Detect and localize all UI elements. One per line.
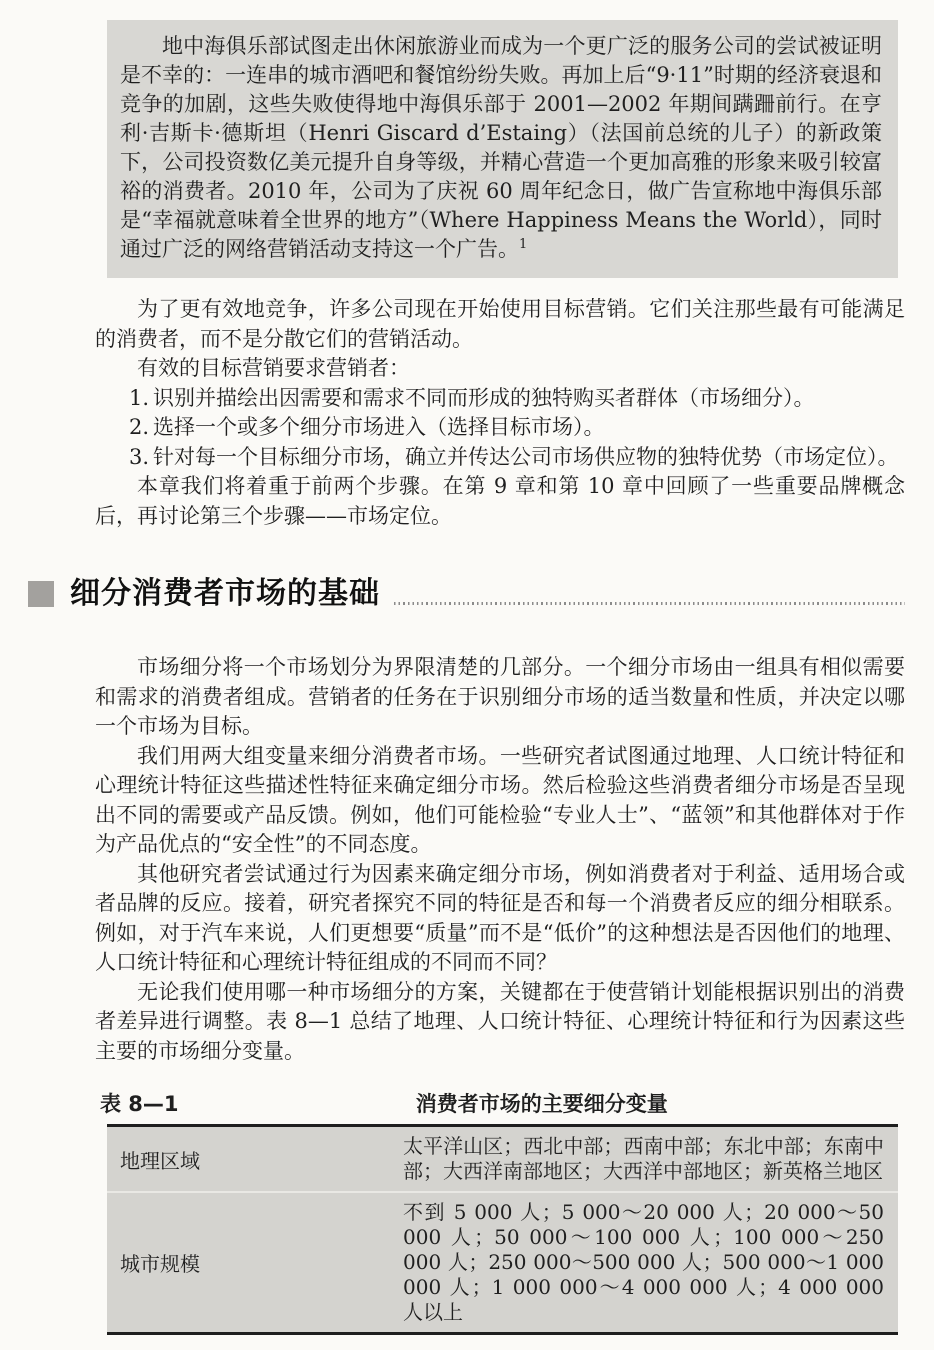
table-cell-variable: 城市规模 (107, 1248, 403, 1277)
section-paragraph-1: 市场细分将一个市场划分为界限清楚的几部分。一个细分市场由一组具有相似需要和需求的… (95, 653, 905, 742)
section-paragraph-3: 其他研究者尝试通过行为因素来确定细分市场，例如消费者对于利益、适用场合或者品牌的… (95, 860, 905, 978)
table-number-label: 表 8—1 (100, 1088, 179, 1118)
section-title: 细分消费者市场的基础 (70, 577, 380, 611)
table-cell-values: 太平洋山区；西北中部；西南中部；东北中部；东南中部；大西洋南部地区；大西洋中部地… (403, 1134, 898, 1184)
list-item-number: 2. (129, 413, 153, 443)
section-paragraph-2: 我们用两大组变量来细分消费者市场。一些研究者试图通过地理、人口统计特征和心理统计… (95, 742, 905, 860)
section-heading: 细分消费者市场的基础 (28, 577, 905, 611)
list-item: 2. 选择一个或多个细分市场进入（选择目标市场）。 (95, 413, 905, 443)
list-item: 3. 针对每一个目标细分市场，确立并传达公司市场供应物的独特优势（市场定位）。 (95, 443, 905, 473)
list-item-number: 3. (129, 443, 153, 473)
footnote-marker: 1 (519, 237, 527, 252)
table-body: 地理区域 太平洋山区；西北中部；西南中部；东北中部；东南中部；大西洋南部地区；大… (107, 1124, 898, 1335)
segmentation-table: 表 8—1 消费者市场的主要细分变量 地理区域 太平洋山区；西北中部；西南中部；… (95, 1088, 905, 1335)
list-item-text: 选择一个或多个细分市场进入（选择目标市场）。 (153, 413, 905, 443)
table-cell-values: 不到 5 000 人；5 000～20 000 人；20 000～50 000 … (403, 1200, 898, 1325)
intro-paragraph-2: 有效的目标营销要求营销者： (95, 354, 905, 384)
book-page: 地中海俱乐部试图走出休闲旅游业而成为一个更广泛的服务公司的尝试被证明是不幸的：一… (0, 0, 934, 1350)
table-cell-variable: 地理区域 (107, 1145, 403, 1174)
list-item: 1. 识别并描绘出因需要和需求不同而形成的独特购买者群体（市场细分）。 (95, 384, 905, 414)
table-row: 地理区域 太平洋山区；西北中部；西南中部；东北中部；东南中部；大西洋南部地区；大… (107, 1127, 898, 1191)
table-row: 城市规模 不到 5 000 人；5 000～20 000 人；20 000～50… (107, 1191, 898, 1332)
vignette-body: 地中海俱乐部试图走出休闲旅游业而成为一个更广泛的服务公司的尝试被证明是不幸的：一… (120, 34, 882, 261)
intro-paragraph-3: 本章我们将着重于前两个步骤。在第 9 章和第 10 章中回顾了一些重要品牌概念后… (95, 472, 905, 531)
section-paragraph-4: 无论我们使用哪一种市场细分的方案，关键都在于使营销计划能根据识别出的消费者差异进… (95, 978, 905, 1067)
vignette-text: 地中海俱乐部试图走出休闲旅游业而成为一个更广泛的服务公司的尝试被证明是不幸的：一… (120, 32, 882, 264)
list-item-number: 1. (129, 384, 153, 414)
heading-square-icon (28, 581, 54, 607)
page-content: 地中海俱乐部试图走出休闲旅游业而成为一个更广泛的服务公司的尝试被证明是不幸的：一… (95, 20, 905, 1335)
table-caption: 表 8—1 消费者市场的主要细分变量 (100, 1088, 905, 1118)
target-marketing-steps: 1. 识别并描绘出因需要和需求不同而形成的独特购买者群体（市场细分）。 2. 选… (95, 384, 905, 473)
intro-paragraph-1: 为了更有效地竞争，许多公司现在开始使用目标营销。它们关注那些最有可能满足的消费者… (95, 295, 905, 354)
table-title: 消费者市场的主要细分变量 (179, 1088, 905, 1118)
heading-dotted-rule (394, 602, 905, 605)
list-item-text: 识别并描绘出因需要和需求不同而形成的独特购买者群体（市场细分）。 (153, 384, 905, 414)
club-med-vignette-box: 地中海俱乐部试图走出休闲旅游业而成为一个更广泛的服务公司的尝试被证明是不幸的：一… (107, 20, 898, 278)
list-item-text: 针对每一个目标细分市场，确立并传达公司市场供应物的独特优势（市场定位）。 (153, 443, 905, 473)
